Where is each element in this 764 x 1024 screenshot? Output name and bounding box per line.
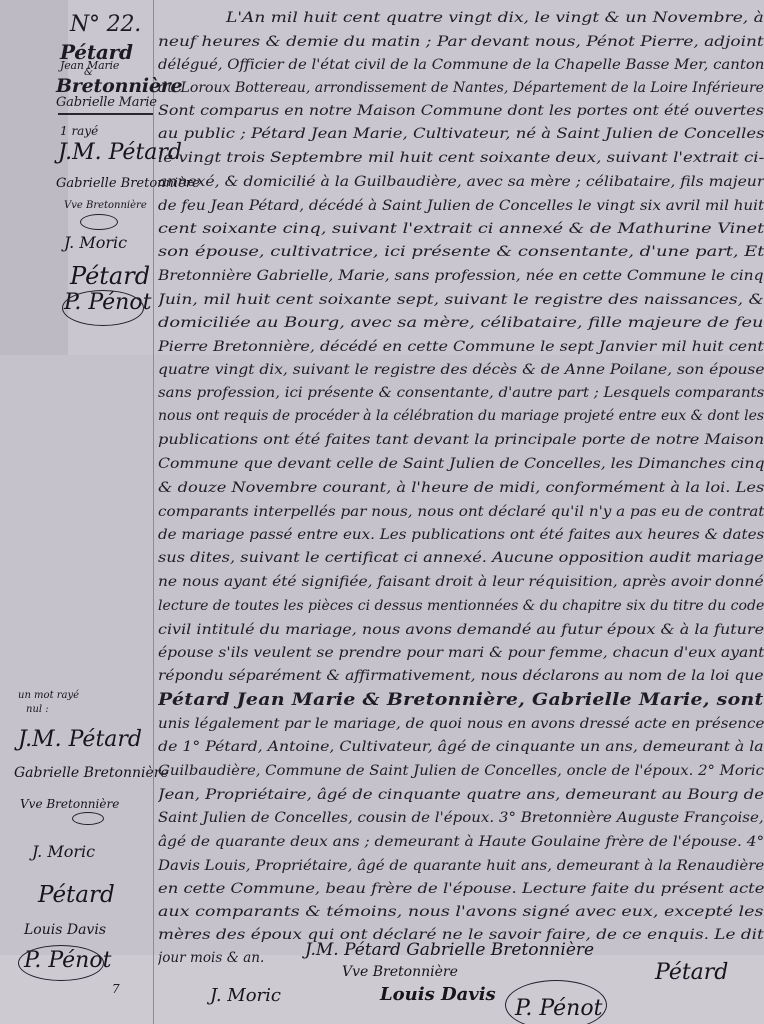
scanned-page: N° 22. Pétard Jean Marie & Bretonnière G… — [0, 0, 764, 1024]
flourish-ornament — [505, 980, 607, 1024]
margin-signature-bride-lower: Gabrielle Bretonnière — [14, 765, 169, 781]
body-line: délégué, Officier de l'état civil de la … — [158, 55, 764, 77]
signature-bride-mother: Vve Bretonnière — [342, 964, 458, 980]
flourish-ornament — [72, 812, 104, 825]
body-line: sus dites, suivant le certificat ci anne… — [158, 548, 764, 570]
body-line: nous ont requis de procéder à la célébra… — [158, 406, 764, 428]
body-line: aux comparants & témoins, nous l'avons s… — [158, 902, 764, 924]
margin-signature-groom-lower: J.M. Pétard — [18, 727, 142, 752]
margin-note-line-1: un mot rayé — [18, 690, 79, 701]
signature-davis: Louis Davis — [380, 984, 496, 1005]
body-line: sans profession, ici présente & consenta… — [158, 383, 764, 405]
margin-signature-bride-mother-lower: Vve Bretonnière — [20, 797, 119, 811]
body-line: du Loroux Bottereau, arrondissement de N… — [158, 78, 764, 100]
margin-signature-petard: Pétard — [70, 262, 150, 290]
margin-signature-moric-lower: J. Moric — [32, 842, 95, 861]
body-line: Jean, Propriétaire, âgé de cinquante qua… — [158, 785, 764, 807]
margin-signature-moric: J. Moric — [64, 233, 127, 252]
margin-note-struck-word: 1 rayé — [60, 124, 98, 138]
body-line: Davis Louis, Propriétaire, âgé de quaran… — [158, 856, 764, 878]
body-line: Saint Julien de Concelles, cousin de l'é… — [158, 808, 764, 830]
flourish-ornament — [62, 290, 144, 326]
margin-signature-davis-lower: Louis Davis — [24, 922, 106, 938]
body-line: civil intitulé du mariage, nous avons de… — [158, 620, 764, 642]
signature-petard-witness: Pétard — [655, 960, 728, 985]
body-line: ne nous ayant été signifiée, faisant dro… — [158, 572, 764, 594]
body-line: Commune que devant celle de Saint Julien… — [158, 454, 764, 476]
body-line: épouse s'ils veulent se prendre pour mar… — [158, 643, 764, 665]
body-line: Juin, mil huit cent soixante sept, suiva… — [158, 290, 764, 312]
body-line: Guilbaudière, Commune de Saint Julien de… — [158, 761, 764, 783]
body-line: & douze Novembre courant, à l'heure de m… — [158, 478, 764, 500]
body-line: au public ; Pétard Jean Marie, Cultivate… — [158, 124, 764, 146]
body-line: Bretonnière Gabrielle, Marie, sans profe… — [158, 266, 764, 288]
body-line: âgé de quarante deux ans ; demeurant à H… — [158, 832, 764, 854]
body-line: de feu Jean Pétard, décédé à Saint Julie… — [158, 196, 764, 218]
page-mark: 7 — [112, 982, 119, 996]
flourish-ornament — [18, 945, 104, 981]
body-line-closing: jour mois & an. — [158, 948, 278, 970]
signature-moric: J. Moric — [210, 985, 281, 1006]
body-line: le vingt trois Septembre mil huit cent s… — [158, 148, 764, 170]
body-line: de 1° Pétard, Antoine, Cultivateur, âgé … — [158, 737, 764, 759]
body-line-spouse-names: Pétard Jean Marie & Bretonnière, Gabriel… — [158, 688, 764, 714]
body-line: domiciliée au Bourg, avec sa mère, célib… — [158, 313, 764, 335]
margin-note-line-2: nul : — [26, 704, 49, 715]
body-line: lecture de toutes les pièces ci dessus m… — [158, 596, 764, 618]
margin-bride-given: Gabrielle Marie — [56, 95, 157, 110]
body-line: de mariage passé entre eux. Les publicat… — [158, 525, 764, 547]
body-line: neuf heures & demie du matin ; Par devan… — [158, 32, 764, 54]
body-line: comparants interpellés par nous, nous on… — [158, 502, 764, 524]
body-line: Pierre Bretonnière, décédé en cette Comm… — [158, 337, 764, 359]
body-line: annexé, & domicilié à la Guilbaudière, a… — [158, 172, 764, 194]
signature-spouses: J.M. Pétard Gabrielle Bretonnière — [305, 940, 594, 960]
body-line: cent soixante cinq, suivant l'extrait ci… — [158, 219, 764, 241]
record-number: N° 22. — [70, 12, 141, 37]
body-line: répondu séparément & affirmativement, no… — [158, 666, 764, 688]
body-line: L'An mil huit cent quatre vingt dix, le … — [158, 8, 764, 30]
margin-signature-bride-mother: Vve Bretonnière — [64, 200, 147, 211]
body-line: en cette Commune, beau frère de l'épouse… — [158, 879, 764, 901]
body-line: unis légalement par le mariage, de quoi … — [158, 714, 764, 736]
body-line: Sont comparus en notre Maison Commune do… — [158, 101, 764, 123]
margin-signature-petard-lower: Pétard — [38, 882, 115, 908]
body-line: son épouse, cultivatrice, ici présente &… — [158, 242, 764, 264]
flourish-ornament — [80, 214, 118, 230]
body-line: quatre vingt dix, suivant le registre de… — [158, 360, 764, 382]
margin-divider-line — [58, 113, 153, 115]
body-line: publications ont été faites tant devant … — [158, 430, 764, 452]
